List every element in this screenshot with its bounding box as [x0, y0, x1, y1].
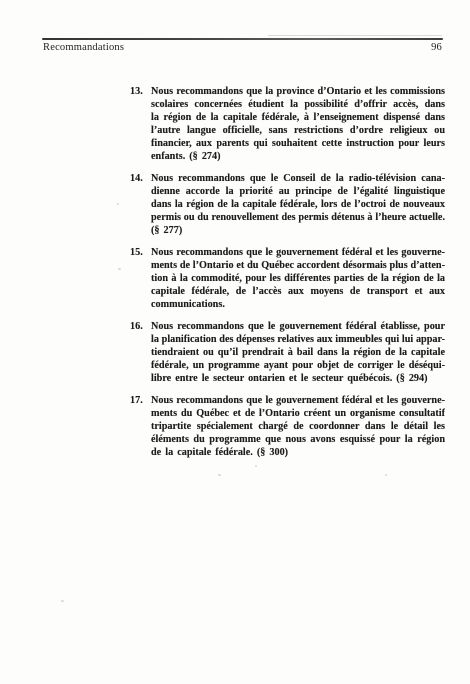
paragraph-line: tiendraient ou qu’il prendrait à bail da… [151, 346, 445, 359]
scan-speck [255, 465, 257, 467]
paragraph-lines: Nous recommandons que le gouvernement fé… [151, 320, 445, 385]
paragraph-line: la région de la capitale fédérale, à l’e… [151, 111, 445, 124]
paragraph-line: scolaires concernées étudient la possibi… [151, 98, 445, 111]
paragraph-line: Nous recommandons que le gouvernement fé… [151, 394, 445, 407]
paragraph-number: 13. [130, 85, 151, 163]
paragraph-line: Nous recommandons que la province d’Onta… [151, 85, 445, 98]
paragraph-line: tion à la commodité, pour les différente… [151, 272, 445, 285]
paragraph-lines: Nous recommandons que le gouvernement fé… [151, 394, 445, 459]
paragraph-number: 16. [130, 320, 151, 385]
paragraph-line: libre entre le secteur ontarien et le se… [151, 372, 445, 385]
paragraph-line: communications. [151, 298, 445, 311]
paragraph-line: dans la région de la capitale fédérale, … [151, 198, 445, 211]
paragraph-number: 14. [130, 172, 151, 237]
paragraph-line: financier, aux parents qui souhaitent ce… [151, 137, 445, 150]
paragraph-line: capitale fédérale, de l’accès aux moyens… [151, 285, 445, 298]
paragraph-line: ments du Québec et de l’Ontario créent u… [151, 407, 445, 420]
document-page: Recommandations 96 13.Nous recommandons … [0, 0, 470, 684]
recommendation-paragraph: 17.Nous recommandons que le gouvernement… [130, 394, 446, 459]
paragraph-line: enfants. (§ 274) [151, 150, 445, 163]
paragraph-lines: Nous recommandons que le Conseil de la r… [151, 172, 445, 237]
scan-speck [61, 600, 64, 602]
recommendation-paragraph: 16.Nous recommandons que le gouvernement… [130, 320, 446, 385]
recommendation-list: 13.Nous recommandons que la province d’O… [130, 85, 446, 468]
header-rule [42, 38, 443, 40]
scan-speck [117, 203, 119, 205]
scan-speck [385, 474, 387, 476]
paragraph-line: Nous recommandons que le gouvernement fé… [151, 320, 445, 333]
paragraph-lines: Nous recommandons que le gouvernement fé… [151, 246, 445, 311]
paragraph-line: Nous recommandons que le gouvernement fé… [151, 246, 445, 259]
paragraph-number: 15. [130, 246, 151, 311]
paragraph-line: permis ou du renouvellement des permis d… [151, 211, 445, 224]
paragraph-line: dienne accorde la priorité au principe d… [151, 185, 445, 198]
paragraph-line: ments de l’Ontario et du Québec accorden… [151, 259, 445, 272]
running-header-title: Recommandations [43, 42, 124, 54]
paragraph-line: (§ 277) [151, 224, 445, 237]
scan-speck [118, 268, 121, 270]
page-number: 96 [431, 42, 442, 54]
paragraph-line: éléments du programme que nous avons esq… [151, 433, 445, 446]
paragraph-number: 17. [130, 394, 151, 459]
paragraph-line: de la capitale fédérale. (§ 300) [151, 446, 445, 459]
paragraph-line: Nous recommandons que le Conseil de la r… [151, 172, 445, 185]
paragraph-line: la planification des dépenses relatives … [151, 333, 445, 346]
paragraph-line: fédérale, un programme ayant pour objet … [151, 359, 445, 372]
recommendation-paragraph: 15.Nous recommandons que le gouvernement… [130, 246, 446, 311]
paragraph-line: tripartite spécialement chargé de coordo… [151, 420, 445, 433]
scan-speck [218, 474, 221, 476]
paragraph-lines: Nous recommandons que la province d’Onta… [151, 85, 445, 163]
header-rule-ghost [268, 35, 442, 36]
paragraph-line: l’autre langue officielle, sans restrict… [151, 124, 445, 137]
recommendation-paragraph: 14.Nous recommandons que le Conseil de l… [130, 172, 446, 237]
page-header: Recommandations 96 [43, 42, 442, 54]
recommendation-paragraph: 13.Nous recommandons que la province d’O… [130, 85, 446, 163]
